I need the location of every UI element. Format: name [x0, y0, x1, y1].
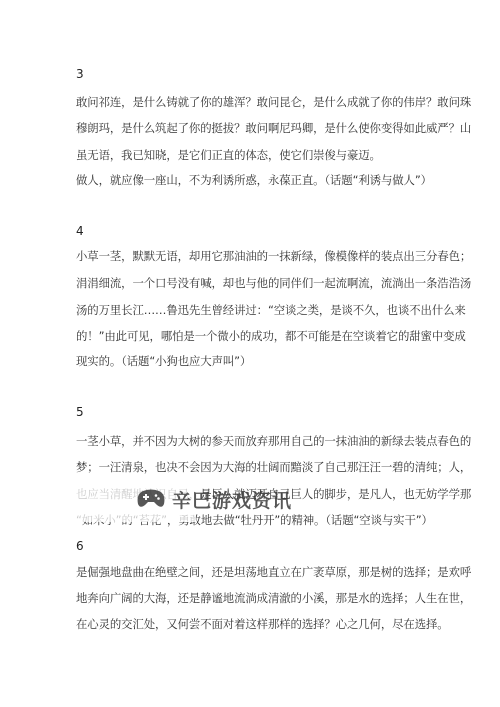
text-line: 穆朗玛，是什么筑起了你的挺拔？敢问啊尼玛卿，是什么使你变得如此威严？山 [76, 121, 428, 135]
text-line: 一茎小草，并不因为大树的参天而放弃那用自己的一抹油油的新绿去装点春色的 [76, 434, 428, 448]
text-line: 虽无语，我已知晓，是它们正直的体态，使它们崇俊与豪迈。 [76, 148, 428, 162]
section-number: 5 [76, 405, 84, 419]
gamepad-icon [136, 488, 166, 510]
section-number: 6 [76, 539, 84, 553]
text-line: 的！”由此可见，哪怕是一个微小的成功，都不可能是在空谈着它的甜蜜中变成 [76, 329, 428, 343]
text-line: 现实的。（话题“小狗也应大声叫”） [76, 354, 428, 368]
text-line: 做人，就应像一座山，不为利诱所惑，永葆正直。（话题“利诱与做人”） [76, 173, 428, 187]
text-line: 梦；一汪清泉，也决不会因为大海的壮阔而黯淡了自己那汪汪一碧的清纯；人， [76, 460, 428, 474]
text-line: 小草一茎，默默无语，却用它那油油的一抹新绿，像模像样的装点出三分春色； [76, 249, 428, 263]
section-number: 3 [76, 67, 84, 81]
text-line: 在心灵的交汇处，又何尝不面对着这样那样的选择？心之几何，尽在选择。 [76, 617, 428, 631]
text-line: 汤的万里长江……鲁迅先生曾经讲过：“空谈之类，是谈不久，也谈不出什么来 [76, 303, 428, 317]
watermark-text: 辛巴游戏资讯 [172, 486, 292, 513]
text-line: 涓涓细流，一个口号没有喊，却也与他的同伴们一起流啊流，流淌出一条浩浩汤 [76, 276, 428, 290]
text-line: 是倔强地盘曲在绝壁之间，还是坦荡地直立在广袤草原，那是树的选择；是欢呼 [76, 565, 428, 579]
section-number: 4 [76, 224, 84, 238]
watermark: 辛巴游戏资讯 [136, 482, 292, 516]
text-line: 地奔向广阔的大海，还是静谧地流淌成清澈的小溪，那是水的选择；人生在世， [76, 591, 428, 605]
text-line: 敢问祁连，是什么铸就了你的雄浑？敢问昆仑，是什么成就了你的伟岸？敢问珠 [76, 95, 428, 109]
